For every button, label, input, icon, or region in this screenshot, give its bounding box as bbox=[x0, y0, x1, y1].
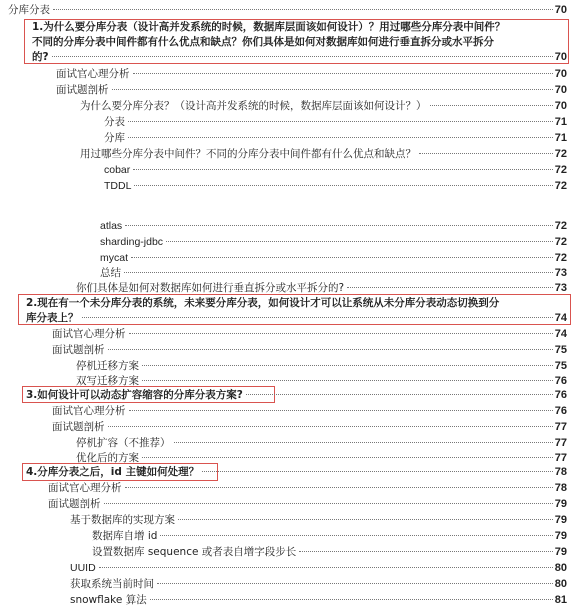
toc-label: 用过哪些分库分表中间件？不同的分库分表中间件都有什么优点和缺点？ bbox=[80, 146, 417, 162]
dot-leader bbox=[125, 486, 553, 488]
toc-page-number: 75 bbox=[555, 358, 567, 374]
toc-label: 面试官心理分析 bbox=[52, 403, 127, 419]
toc-label: mycat bbox=[100, 250, 129, 266]
toc-entry[interactable]: atlas72 bbox=[0, 218, 573, 234]
toc-entry-q4[interactable]: 4.分库分表之后，id 主键如何处理？78 bbox=[0, 464, 573, 480]
toc-entry[interactable]: 设置数据库 sequence 或者表自增字段步长79 bbox=[0, 544, 573, 560]
dot-leader bbox=[108, 348, 553, 350]
dot-leader bbox=[53, 8, 553, 10]
toc-page-number: 70 bbox=[555, 49, 567, 65]
toc-label: 面试题剖析 bbox=[48, 496, 102, 512]
dot-leader bbox=[125, 224, 553, 226]
toc-entry[interactable]: cobar72 bbox=[0, 162, 573, 178]
toc-entry[interactable]: 面试官心理分析78 bbox=[0, 480, 573, 496]
toc-entry[interactable]: 为什么要分库分表？（设计高并发系统的时候，数据库层面该如何设计？）70 bbox=[0, 98, 573, 114]
dot-leader bbox=[82, 316, 553, 318]
toc-page-number: 74 bbox=[555, 310, 567, 326]
toc-label: 库分表上？ bbox=[26, 310, 80, 326]
toc-page-number: 79 bbox=[555, 528, 567, 544]
dot-leader bbox=[142, 456, 553, 458]
toc-entry[interactable]: UUID80 bbox=[0, 560, 573, 576]
dot-leader bbox=[104, 502, 553, 504]
toc-entry[interactable]: sharding-jdbc72 bbox=[0, 234, 573, 250]
toc-page-number: 76 bbox=[555, 387, 567, 403]
toc-page-number: 78 bbox=[555, 480, 567, 496]
toc-label: 停机扩容（不推荐） bbox=[76, 435, 172, 451]
toc-page-number: 76 bbox=[555, 403, 567, 419]
toc-label: sharding-jdbc bbox=[100, 234, 164, 250]
dot-leader bbox=[128, 120, 553, 122]
dot-leader bbox=[299, 550, 552, 552]
dot-leader bbox=[157, 582, 553, 584]
dot-leader bbox=[347, 286, 553, 288]
toc-entry[interactable]: 面试题剖析70 bbox=[0, 82, 573, 98]
toc-entry[interactable]: 面试题剖析79 bbox=[0, 496, 573, 512]
toc-page-number: 71 bbox=[555, 130, 567, 146]
dot-leader bbox=[178, 518, 553, 520]
toc-entry[interactable]: 数据库自增 id79 bbox=[0, 528, 573, 544]
toc-page-number: 73 bbox=[555, 280, 567, 296]
dot-leader bbox=[52, 55, 553, 57]
toc-label: 你们具体是如何对数据库如何进行垂直拆分或水平拆分的? bbox=[76, 280, 345, 296]
toc-page-number: 73 bbox=[555, 265, 567, 281]
toc-entry[interactable]: 面试官心理分析70 bbox=[0, 66, 573, 82]
toc-entry[interactable]: TDDL72 bbox=[0, 178, 573, 194]
toc-label-line[interactable]: 2.现在有一个未分库分表的系统，未来要分库分表，如何设计才可以让系统从未分库分表… bbox=[26, 295, 499, 311]
toc-label: 为什么要分库分表？（设计高并发系统的时候，数据库层面该如何设计？） bbox=[80, 98, 428, 114]
toc-page-number: 70 bbox=[555, 98, 567, 114]
toc-label: 面试官心理分析 bbox=[56, 66, 131, 82]
dot-leader bbox=[131, 256, 553, 258]
toc-entry[interactable]: 用过哪些分库分表中间件？不同的分库分表中间件都有什么优点和缺点？72 bbox=[0, 146, 573, 162]
toc-page-number: 70 bbox=[555, 82, 567, 98]
toc-page-number: 72 bbox=[555, 162, 567, 178]
toc-entry[interactable]: 停机迁移方案75 bbox=[0, 358, 573, 374]
toc-entry-q3[interactable]: 3.如何设计可以动态扩容缩容的分库分表方案?76 bbox=[0, 387, 573, 403]
toc-label: cobar bbox=[104, 162, 131, 178]
dot-leader bbox=[142, 364, 553, 366]
toc-page-number: 70 bbox=[555, 2, 567, 18]
toc-entry[interactable]: 分库71 bbox=[0, 130, 573, 146]
dot-leader bbox=[174, 441, 553, 443]
dot-leader bbox=[246, 393, 553, 395]
toc-page-number: 72 bbox=[555, 146, 567, 162]
toc-page-number: 75 bbox=[555, 342, 567, 358]
toc-entry[interactable]: 获取系统当前时间80 bbox=[0, 576, 573, 592]
toc-label: 面试题剖析 bbox=[52, 342, 106, 358]
toc-label-line[interactable]: 1.为什么要分库分表（设计高并发系统的时候，数据库层面该如何设计）？用过哪些分库… bbox=[32, 19, 505, 35]
toc-entry[interactable]: 分表71 bbox=[0, 114, 573, 130]
toc-label: 的? bbox=[32, 49, 50, 65]
dot-leader bbox=[150, 598, 553, 600]
dot-leader bbox=[129, 409, 553, 411]
toc-label: 数据库自增 id bbox=[92, 528, 158, 544]
toc-label: 分表 bbox=[104, 114, 126, 130]
toc-page-number: 74 bbox=[555, 326, 567, 342]
toc-page-number: 80 bbox=[555, 576, 567, 592]
dot-leader bbox=[202, 470, 553, 472]
toc-page-number: 72 bbox=[555, 250, 567, 266]
dot-leader bbox=[129, 332, 553, 334]
toc-label: 分库分表 bbox=[8, 2, 51, 18]
toc-entry[interactable]: 面试题剖析75 bbox=[0, 342, 573, 358]
dot-leader bbox=[166, 240, 553, 242]
toc-entry[interactable]: 停机扩容（不推荐）77 bbox=[0, 435, 573, 451]
toc-label-line[interactable]: 不同的分库分表中间件都有什么优点和缺点？你们具体是如何对数据库如何进行垂直拆分或… bbox=[32, 34, 494, 50]
toc-entry-sharding[interactable]: 分库分表70 bbox=[0, 2, 573, 18]
toc-page-number: 72 bbox=[555, 218, 567, 234]
toc-page-number: 72 bbox=[555, 178, 567, 194]
toc-label: 3.如何设计可以动态扩容缩容的分库分表方案? bbox=[26, 387, 244, 403]
toc-label: snowflake 算法 bbox=[70, 592, 148, 605]
toc-entry[interactable]: mycat72 bbox=[0, 250, 573, 266]
dot-leader bbox=[133, 72, 553, 74]
toc-label: TDDL bbox=[104, 178, 132, 194]
toc-label: 基于数据库的实现方案 bbox=[70, 512, 176, 528]
toc-page-number: 79 bbox=[555, 512, 567, 528]
toc-entry[interactable]: 总结73 bbox=[0, 265, 573, 281]
toc-page-number: 79 bbox=[555, 496, 567, 512]
toc-entry[interactable]: 面试题剖析77 bbox=[0, 419, 573, 435]
toc-label: atlas bbox=[100, 218, 123, 234]
toc-label: UUID bbox=[70, 560, 97, 576]
toc-page-number: 79 bbox=[555, 544, 567, 560]
dot-leader bbox=[108, 425, 553, 427]
toc-label: 总结 bbox=[100, 265, 122, 281]
dot-leader bbox=[134, 184, 552, 186]
toc-entry[interactable]: 面试官心理分析76 bbox=[0, 403, 573, 419]
toc-label: 设置数据库 sequence 或者表自增字段步长 bbox=[92, 544, 297, 560]
toc-page-number: 71 bbox=[555, 114, 567, 130]
dot-leader bbox=[112, 88, 553, 90]
toc-entry[interactable]: 你们具体是如何对数据库如何进行垂直拆分或水平拆分的?73 bbox=[0, 280, 573, 296]
dot-leader bbox=[430, 104, 553, 106]
toc-entry-q2[interactable]: 库分表上？74 bbox=[0, 310, 573, 326]
dot-leader bbox=[419, 152, 553, 154]
toc-entry-q1[interactable]: 的?70 bbox=[0, 49, 573, 65]
toc-label: 面试官心理分析 bbox=[48, 480, 123, 496]
toc-entry[interactable]: 面试官心理分析74 bbox=[0, 326, 573, 342]
toc-label: 4.分库分表之后，id 主键如何处理？ bbox=[26, 464, 200, 480]
toc-entry[interactable]: snowflake 算法81 bbox=[0, 592, 573, 605]
dot-leader bbox=[128, 136, 553, 138]
toc-page-number: 81 bbox=[555, 592, 567, 605]
toc-label: 面试题剖析 bbox=[56, 82, 110, 98]
dot-leader bbox=[142, 379, 553, 381]
toc-page-number: 70 bbox=[555, 66, 567, 82]
toc-page-number: 77 bbox=[555, 435, 567, 451]
dot-leader bbox=[133, 168, 552, 170]
toc-page-number: 80 bbox=[555, 560, 567, 576]
dot-leader bbox=[160, 534, 552, 536]
toc-label: 获取系统当前时间 bbox=[70, 576, 155, 592]
dot-leader bbox=[99, 566, 553, 568]
toc-label: 停机迁移方案 bbox=[76, 358, 140, 374]
toc-page-number: 78 bbox=[555, 464, 567, 480]
toc-label: 分库 bbox=[104, 130, 126, 146]
toc-entry[interactable]: 基于数据库的实现方案79 bbox=[0, 512, 573, 528]
toc-label: 面试题剖析 bbox=[52, 419, 106, 435]
toc-label: 面试官心理分析 bbox=[52, 326, 127, 342]
dot-leader bbox=[124, 271, 553, 273]
toc-page-number: 72 bbox=[555, 234, 567, 250]
toc-page-number: 77 bbox=[555, 419, 567, 435]
